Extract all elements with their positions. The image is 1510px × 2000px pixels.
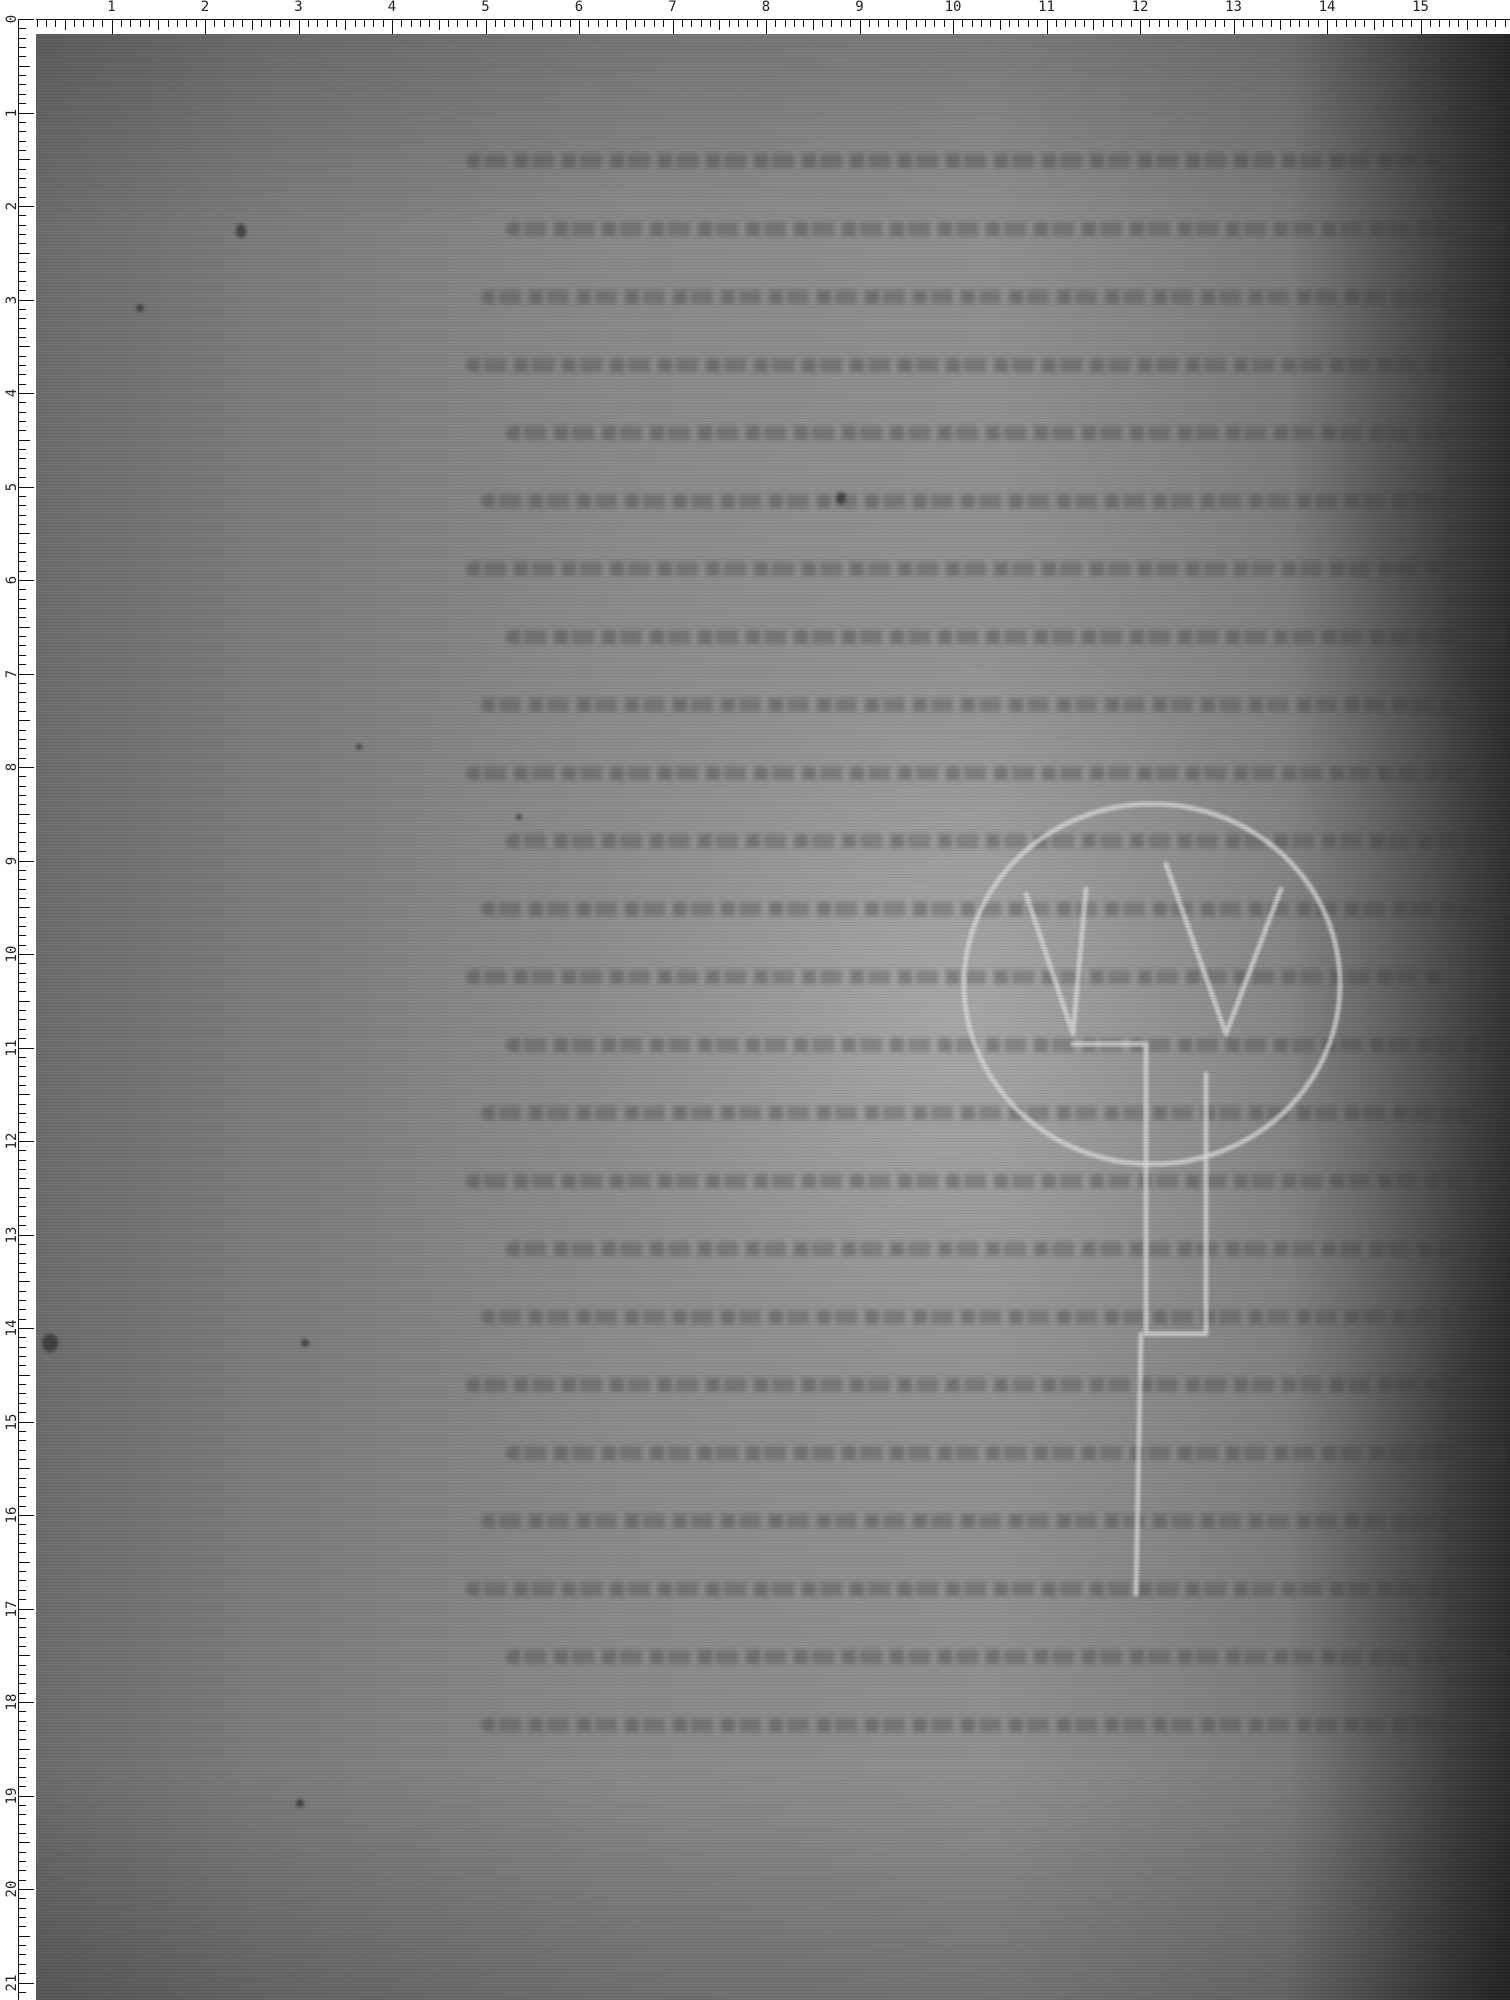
- ruler-tick: [18, 1478, 26, 1479]
- ruler-tick: [18, 215, 26, 216]
- ruler-tick: [18, 683, 26, 684]
- ruler-tick: [794, 19, 795, 27]
- ruler-tick: [383, 19, 384, 27]
- ruler-label: 20: [5, 1879, 19, 1899]
- ruler-tick: [18, 1983, 34, 1984]
- ruler-tick: [65, 19, 66, 30]
- ruler-tick: [701, 19, 702, 27]
- ruler-tick: [18, 1973, 26, 1974]
- ruler-label: 11: [5, 1038, 19, 1058]
- ruler-tick: [1084, 19, 1085, 27]
- ruler-tick: [18, 1599, 26, 1600]
- ruler-tick: [18, 636, 26, 637]
- ruler-tick: [18, 692, 26, 693]
- ruler-tick: [18, 412, 26, 413]
- ruler-tick: [401, 19, 402, 27]
- ruler-tick: [18, 225, 26, 226]
- ruler-tick: [299, 19, 300, 34]
- ruler-tick: [18, 589, 26, 590]
- ruler-tick: [495, 19, 496, 27]
- ruler-tick: [18, 711, 26, 712]
- ruler-tick: [1093, 19, 1094, 30]
- ruler-tick: [18, 842, 26, 843]
- ruler-tick: [261, 19, 262, 27]
- ruler-tick: [55, 19, 56, 27]
- ruler-label: 1: [5, 103, 19, 123]
- ruler-tick: [1028, 19, 1029, 27]
- ruler-tick: [644, 19, 645, 27]
- ruler-tick: [831, 19, 832, 27]
- ruler-tick: [18, 1281, 30, 1282]
- ruler-tick: [551, 19, 552, 27]
- ruler-tick: [18, 1347, 26, 1348]
- ruler-label: 1: [107, 0, 115, 14]
- ruler-tick: [18, 131, 26, 132]
- ruler-tick: [514, 19, 515, 27]
- ruler-tick: [355, 19, 356, 27]
- ruler-tick: [18, 608, 26, 609]
- ruler-tick: [18, 571, 26, 572]
- ruler-tick: [1243, 19, 1244, 27]
- ruler-tick: [18, 1964, 26, 1965]
- ruler-tick: [18, 1936, 30, 1937]
- ruler-tick: [18, 617, 26, 618]
- ruler-tick: [663, 19, 664, 27]
- ruler-label: 12: [5, 1131, 19, 1151]
- ruler-tick: [1103, 19, 1104, 27]
- ruler-tick: [18, 1319, 26, 1320]
- ruler-tick: [242, 19, 243, 27]
- ruler-tick: [1439, 19, 1440, 27]
- ruler-tick: [18, 1889, 34, 1890]
- ruler-tick: [1392, 19, 1393, 27]
- ruler-tick: [18, 393, 34, 394]
- ruler-tick: [18, 1870, 26, 1871]
- ruler-tick: [18, 767, 34, 768]
- ruler-tick: [18, 1048, 34, 1049]
- ruler-tick: [1477, 19, 1478, 27]
- ruler-tick: [729, 19, 730, 27]
- ruler-label: 5: [481, 0, 489, 14]
- ruler-label: 16: [5, 1505, 19, 1525]
- ruler-tick: [1374, 19, 1375, 30]
- ruler-tick: [18, 561, 26, 562]
- ruler-tick: [1505, 19, 1506, 27]
- ruler-tick: [74, 19, 75, 27]
- ruler-tick: [934, 19, 935, 27]
- ruler-tick: [18, 178, 26, 179]
- ruler-tick: [18, 1711, 26, 1712]
- ruler-tick: [18, 1450, 26, 1451]
- ruler-tick: [18, 627, 30, 628]
- ruler-tick: [18, 1440, 26, 1441]
- ruler-tick: [18, 1010, 26, 1011]
- ruler-tick: [18, 1908, 26, 1909]
- ruler-label: 19: [5, 1786, 19, 1806]
- ruler-tick: [18, 1104, 26, 1105]
- ruler-tick: [18, 440, 30, 441]
- ruler-tick: [18, 1637, 26, 1638]
- ruler-tick: [18, 552, 26, 553]
- ruler-tick: [1262, 19, 1263, 27]
- ruler-tick: [205, 19, 206, 34]
- ruler-tick: [1112, 19, 1113, 27]
- ruler-tick: [18, 907, 30, 908]
- ruler-tick: [691, 19, 692, 27]
- ruler-tick: [18, 19, 34, 20]
- ruler-tick: [18, 113, 34, 114]
- ruler-tick: [18, 1796, 34, 1797]
- ruler-tick: [878, 19, 879, 27]
- ruler-tick: [18, 1188, 30, 1189]
- ruler-tick: [18, 1739, 26, 1740]
- ruler-tick: [18, 374, 26, 375]
- ruler-tick: [588, 19, 589, 27]
- ruler-tick: [18, 1019, 26, 1020]
- ruler-tick: [18, 1842, 30, 1843]
- ruler-tick: [869, 19, 870, 27]
- ruler-tick: [18, 543, 26, 544]
- ruler-tick: [18, 141, 26, 142]
- ruler-tick: [18, 935, 26, 936]
- ruler-tick: [18, 1777, 26, 1778]
- ruler-tick: [18, 1665, 26, 1666]
- ruler-tick: [18, 991, 26, 992]
- ruler-tick: [18, 1094, 30, 1095]
- ruler-tick: [1364, 19, 1365, 27]
- ruler-tick: [738, 19, 739, 27]
- ruler-tick: [177, 19, 178, 27]
- ruler-tick: [18, 655, 26, 656]
- ruler-tick: [18, 1524, 26, 1525]
- ruler-tick: [18, 449, 26, 450]
- ruler-tick: [18, 1880, 26, 1881]
- ruler-label: 0: [5, 9, 19, 29]
- ruler-label: 17: [5, 1599, 19, 1619]
- ruler-label: 21: [5, 1973, 19, 1993]
- ruler-tick: [18, 954, 34, 955]
- ruler-tick: [18, 1805, 26, 1806]
- ruler-tick: [18, 1235, 34, 1236]
- ruler-tick: [1234, 19, 1235, 34]
- ruler-tick: [757, 19, 758, 27]
- ruler-tick: [18, 496, 26, 497]
- ruler-tick: [1215, 19, 1216, 27]
- ruler-tick: [18, 1945, 26, 1946]
- ruler-tick: [18, 1646, 26, 1647]
- vertical-ruler: 0123456789101112131415161718192021: [0, 0, 36, 2000]
- ruler-tick: [18, 337, 26, 338]
- ruler-tick: [18, 776, 26, 777]
- ruler-tick: [1177, 19, 1178, 27]
- ruler-tick: [850, 19, 851, 27]
- ruler-tick: [18, 1674, 26, 1675]
- ruler-tick: [18, 262, 26, 263]
- ruler-tick: [18, 1057, 26, 1058]
- ruler-tick: [18, 879, 26, 880]
- ruler-tick: [18, 524, 26, 525]
- ruler-tick: [18, 1926, 26, 1927]
- ruler-tick: [18, 384, 26, 385]
- ruler-label: 18: [5, 1692, 19, 1712]
- ruler-tick: [327, 19, 328, 27]
- ruler-tick: [18, 1814, 26, 1815]
- ruler-tick: [18, 1898, 26, 1899]
- ruler-tick: [18, 580, 34, 581]
- ruler-tick: [1009, 19, 1010, 27]
- ruler-tick: [18, 1515, 34, 1516]
- ruler-tick: [18, 477, 26, 478]
- ruler-tick: [392, 19, 393, 34]
- ruler-tick: [18, 1263, 26, 1264]
- ruler-tick: [18, 795, 26, 796]
- ruler-tick: [18, 1824, 26, 1825]
- ruler-tick: [457, 19, 458, 27]
- ruler-tick: [1299, 19, 1300, 27]
- ruler-tick: [18, 515, 26, 516]
- ruler-tick: [18, 1375, 30, 1376]
- ruler-tick: [1280, 19, 1281, 30]
- ruler-tick: [953, 19, 954, 34]
- ruler-tick: [1336, 19, 1337, 27]
- ruler-tick: [18, 150, 26, 151]
- ruler-tick: [1402, 19, 1403, 27]
- ruler-tick: [158, 19, 159, 30]
- ruler-tick: [532, 19, 533, 30]
- ruler-tick: [112, 19, 113, 34]
- ruler-tick: [18, 1468, 30, 1469]
- ruler-tick: [18, 664, 26, 665]
- ruler-label: 15: [1412, 0, 1429, 14]
- ruler-tick: [860, 19, 861, 34]
- ruler-tick: [18, 786, 26, 787]
- ruler-tick: [18, 823, 26, 824]
- ruler-label: 2: [5, 196, 19, 216]
- ruler-tick: [18, 1356, 26, 1357]
- ruler-tick: [18, 421, 26, 422]
- ruler-tick: [233, 19, 234, 27]
- ruler-tick: [140, 19, 141, 27]
- ruler-tick: [1075, 19, 1076, 27]
- ruler-tick: [18, 1767, 26, 1768]
- ruler-tick: [46, 19, 47, 27]
- ruler-tick: [18, 1365, 26, 1366]
- ruler-tick: [1121, 19, 1122, 27]
- ruler-tick: [18, 402, 26, 403]
- ruler-tick: [560, 19, 561, 27]
- ruler-tick: [18, 861, 34, 862]
- ruler-tick: [18, 1786, 26, 1787]
- ruler-tick: [18, 1029, 26, 1030]
- ruler-tick: [18, 1132, 26, 1133]
- ruler-tick: [990, 19, 991, 27]
- ruler-tick: [18, 468, 26, 469]
- ruler-tick: [18, 356, 26, 357]
- ruler-tick: [18, 1393, 26, 1394]
- ruler-label: 5: [5, 477, 19, 497]
- ruler-tick: [18, 739, 26, 740]
- ruler-tick: [18, 1384, 26, 1385]
- ruler-tick: [598, 19, 599, 27]
- ruler-tick: [18, 281, 26, 282]
- ruler-tick: [186, 19, 187, 27]
- ruler-tick: [1458, 19, 1459, 27]
- ruler-tick: [18, 1861, 26, 1862]
- ruler-tick: [18, 1122, 26, 1123]
- ruler-tick: [1430, 19, 1431, 27]
- ruler-tick: [18, 159, 30, 160]
- ruler-tick: [916, 19, 917, 27]
- ruler-tick: [18, 1309, 26, 1310]
- ruler-tick: [1411, 19, 1412, 27]
- ruler-tick: [1327, 19, 1328, 34]
- ruler-tick: [1056, 19, 1057, 27]
- ruler-tick: [18, 1178, 26, 1179]
- ruler-tick: [345, 19, 346, 30]
- ruler-tick: [18, 917, 26, 918]
- ruler-tick: [523, 19, 524, 27]
- ruler-tick: [18, 1291, 26, 1292]
- ruler-tick: [18, 1721, 26, 1722]
- ruler-tick: [18, 1506, 26, 1507]
- ruler-tick: [83, 19, 84, 27]
- ruler-tick: [364, 19, 365, 27]
- ruler-tick: [1047, 19, 1048, 34]
- ruler-label: 14: [5, 1318, 19, 1338]
- ruler-tick: [18, 720, 30, 721]
- ruler-tick: [18, 309, 26, 310]
- ruler-tick: [18, 748, 26, 749]
- ruler-tick: [766, 19, 767, 34]
- ruler-tick: [18, 898, 26, 899]
- ruler-tick: [822, 19, 823, 27]
- ruler-tick: [1131, 19, 1132, 27]
- ruler-tick: [18, 75, 26, 76]
- ruler-label: 2: [201, 0, 209, 14]
- ruler-tick: [18, 832, 26, 833]
- ruler-tick: [308, 19, 309, 27]
- ruler-tick: [18, 889, 26, 890]
- ruler-tick: [18, 1431, 26, 1432]
- ruler-tick: [18, 1244, 26, 1245]
- ruler-tick: [18, 290, 26, 291]
- ruler-label: 8: [762, 0, 770, 14]
- ruler-tick: [18, 945, 26, 946]
- ruler-tick: [1037, 19, 1038, 27]
- ruler-tick: [18, 187, 26, 188]
- ruler-tick: [1495, 19, 1496, 27]
- ruler-tick: [18, 1141, 34, 1142]
- ruler-tick: [467, 19, 468, 27]
- ruler-tick: [18, 804, 26, 805]
- ruler-tick: [18, 1580, 26, 1581]
- horizontal-ruler: 01234567891011121314151: [0, 0, 1510, 34]
- ruler-tick: [504, 19, 505, 27]
- ruler-label: 10: [5, 944, 19, 964]
- ruler-tick: [897, 19, 898, 27]
- ruler-tick: [607, 19, 608, 27]
- ruler-tick: [18, 758, 26, 759]
- ruler-tick: [18, 365, 26, 366]
- ruler-tick: [570, 19, 571, 27]
- ruler-tick: [682, 19, 683, 27]
- ruler-tick: [93, 19, 94, 27]
- ruler-tick: [121, 19, 122, 27]
- ruler-tick: [18, 1403, 26, 1404]
- ruler-tick: [18, 328, 26, 329]
- ruler-tick: [476, 19, 477, 27]
- ruler-tick: [317, 19, 318, 27]
- ruler-tick: [18, 1992, 26, 1993]
- ruler-tick: [18, 1160, 26, 1161]
- ruler-tick: [411, 19, 412, 27]
- ruler-tick: [1486, 19, 1487, 27]
- ruler-tick: [18, 505, 26, 506]
- ruler-tick: [813, 19, 814, 30]
- ruler-tick: [149, 19, 150, 27]
- ruler-tick: [18, 1552, 26, 1553]
- ruler-tick: [841, 19, 842, 27]
- ruler-tick: [1421, 19, 1422, 34]
- ruler-tick: [18, 1206, 26, 1207]
- ruler-tick: [168, 19, 169, 27]
- ruler-tick: [420, 19, 421, 27]
- ruler-tick: [18, 1216, 26, 1217]
- ruler-tick: [18, 1197, 26, 1198]
- ruler-tick: [486, 19, 487, 34]
- ruler-tick: [18, 1150, 26, 1151]
- ruler-tick: [18, 122, 26, 123]
- ruler-label: 10: [945, 0, 962, 14]
- ruler-tick: [18, 253, 30, 254]
- ruler-tick: [18, 814, 30, 815]
- ruler-tick: [196, 19, 197, 27]
- ruler-tick: [18, 1693, 26, 1694]
- vignette: [36, 34, 1510, 2000]
- ruler-label: 9: [5, 851, 19, 871]
- ruler-tick: [1318, 19, 1319, 27]
- ruler-tick: [1149, 19, 1150, 27]
- ruler-tick: [18, 243, 26, 244]
- ruler-tick: [981, 19, 982, 27]
- ruler-tick: [1308, 19, 1309, 27]
- ruler-tick: [925, 19, 926, 27]
- ruler-label: 3: [5, 290, 19, 310]
- manuscript-scan: [36, 34, 1510, 2000]
- ruler-tick: [18, 1917, 26, 1918]
- ruler-tick: [710, 19, 711, 27]
- ruler-tick: [18, 1655, 30, 1656]
- ruler-tick: [18, 1225, 26, 1226]
- ruler-tick: [18, 1328, 34, 1329]
- ruler-label: 13: [1225, 0, 1242, 14]
- ruler-tick: [18, 300, 34, 301]
- ruler-tick: [130, 19, 131, 27]
- ruler-tick: [37, 19, 38, 27]
- ruler-tick: [18, 1609, 34, 1610]
- ruler-tick: [18, 1590, 26, 1591]
- ruler-tick: [18, 1496, 26, 1497]
- ruler-tick: [1159, 19, 1160, 27]
- ruler-label: 4: [5, 383, 19, 403]
- ruler-tick: [18, 38, 26, 39]
- ruler-tick: [1065, 19, 1066, 27]
- ruler-tick: [1355, 19, 1356, 27]
- ruler-tick: [18, 1001, 30, 1002]
- ruler-tick: [18, 1038, 26, 1039]
- ruler-label: 13: [5, 1225, 19, 1245]
- ruler-tick: [1252, 19, 1253, 27]
